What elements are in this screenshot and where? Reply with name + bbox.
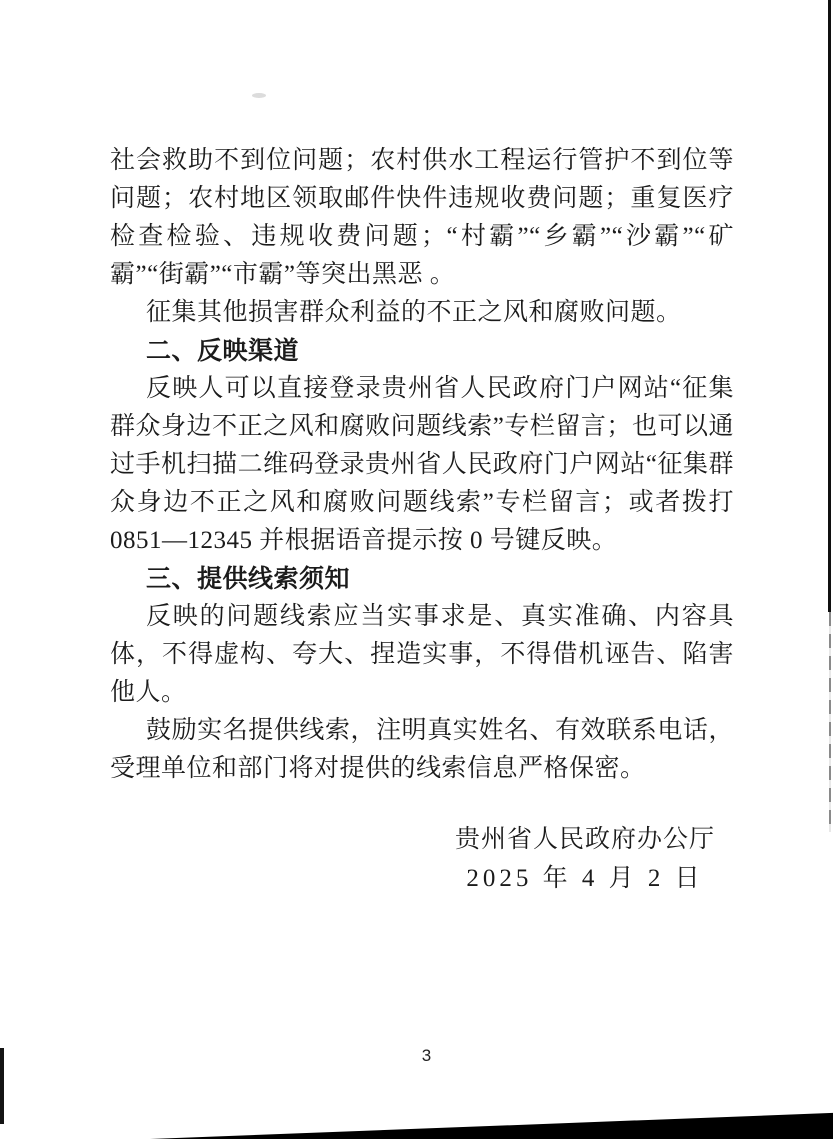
scan-artifact-right-edge (828, 0, 831, 612)
section-heading-channels: 二、反映渠道 (110, 332, 734, 370)
document-body: 社会救助不到位问题；农村供水工程运行管护不到位等问题；农村地区领取邮件快件违规收… (110, 142, 734, 788)
paragraph-channels: 反映人可以直接登录贵州省人民政府门户网站“征集群众身边不正之风和腐败问题线索”专… (110, 370, 734, 560)
signature-date: 2025 年 4 月 2 日 (455, 859, 715, 898)
scan-artifact-bottom-edge (0, 1109, 833, 1139)
scan-artifact-right-edge-faint (829, 612, 831, 832)
paragraph-real-name: 鼓励实名提供线索，注明真实姓名、有效联系电话，受理单位和部门将对提供的线索信息严… (110, 712, 734, 788)
scan-artifact-left-edge (0, 1048, 4, 1124)
page-number: 3 (0, 1046, 833, 1066)
scanned-document-page: 社会救助不到位问题；农村供水工程运行管护不到位等问题；农村地区领取邮件快件违规收… (0, 0, 833, 1139)
section-heading-notice: 三、提供线索须知 (110, 560, 734, 598)
paragraph-continuation: 社会救助不到位问题；农村供水工程运行管护不到位等问题；农村地区领取邮件快件违规收… (110, 142, 734, 294)
signature-organization: 贵州省人民政府办公厅 (455, 820, 715, 859)
paragraph-requirements: 反映的问题线索应当实事求是、真实准确、内容具体，不得虚构、夸大、捏造实事，不得借… (110, 598, 734, 712)
paragraph-other-issues: 征集其他损害群众利益的不正之风和腐败问题。 (110, 294, 734, 332)
scan-smudge (252, 93, 266, 98)
signature-block: 贵州省人民政府办公厅 2025 年 4 月 2 日 (455, 820, 715, 898)
